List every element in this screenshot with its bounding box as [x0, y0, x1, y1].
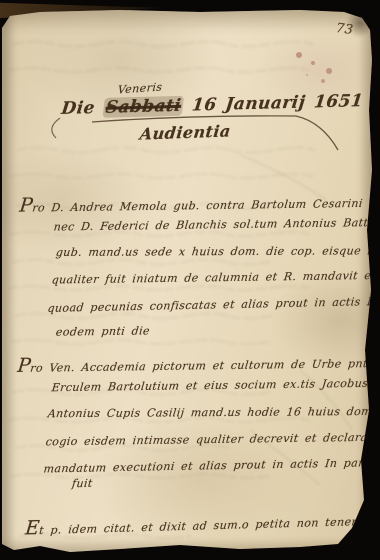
- entry1-line: gub. mand.us sede x huius dom. die cop. …: [55, 244, 380, 259]
- manuscript-page: 73 Veneris Die Sabbati 16 Januarij 1651 …: [0, 0, 380, 560]
- entry2-line: Antonius Cupis Casilij mand.us hodie 16 …: [47, 405, 380, 420]
- entry2-closing: fuit: [71, 477, 93, 490]
- entry1-closing: eodem pnti die: [55, 324, 150, 338]
- audientia-heading: Audientia: [139, 121, 232, 143]
- entry2-line: Pro Ven. Accademia pictorum et cultorum …: [16, 348, 380, 377]
- manuscript-photo: 73 Veneris Die Sabbati 16 Januarij 1651 …: [0, 0, 380, 560]
